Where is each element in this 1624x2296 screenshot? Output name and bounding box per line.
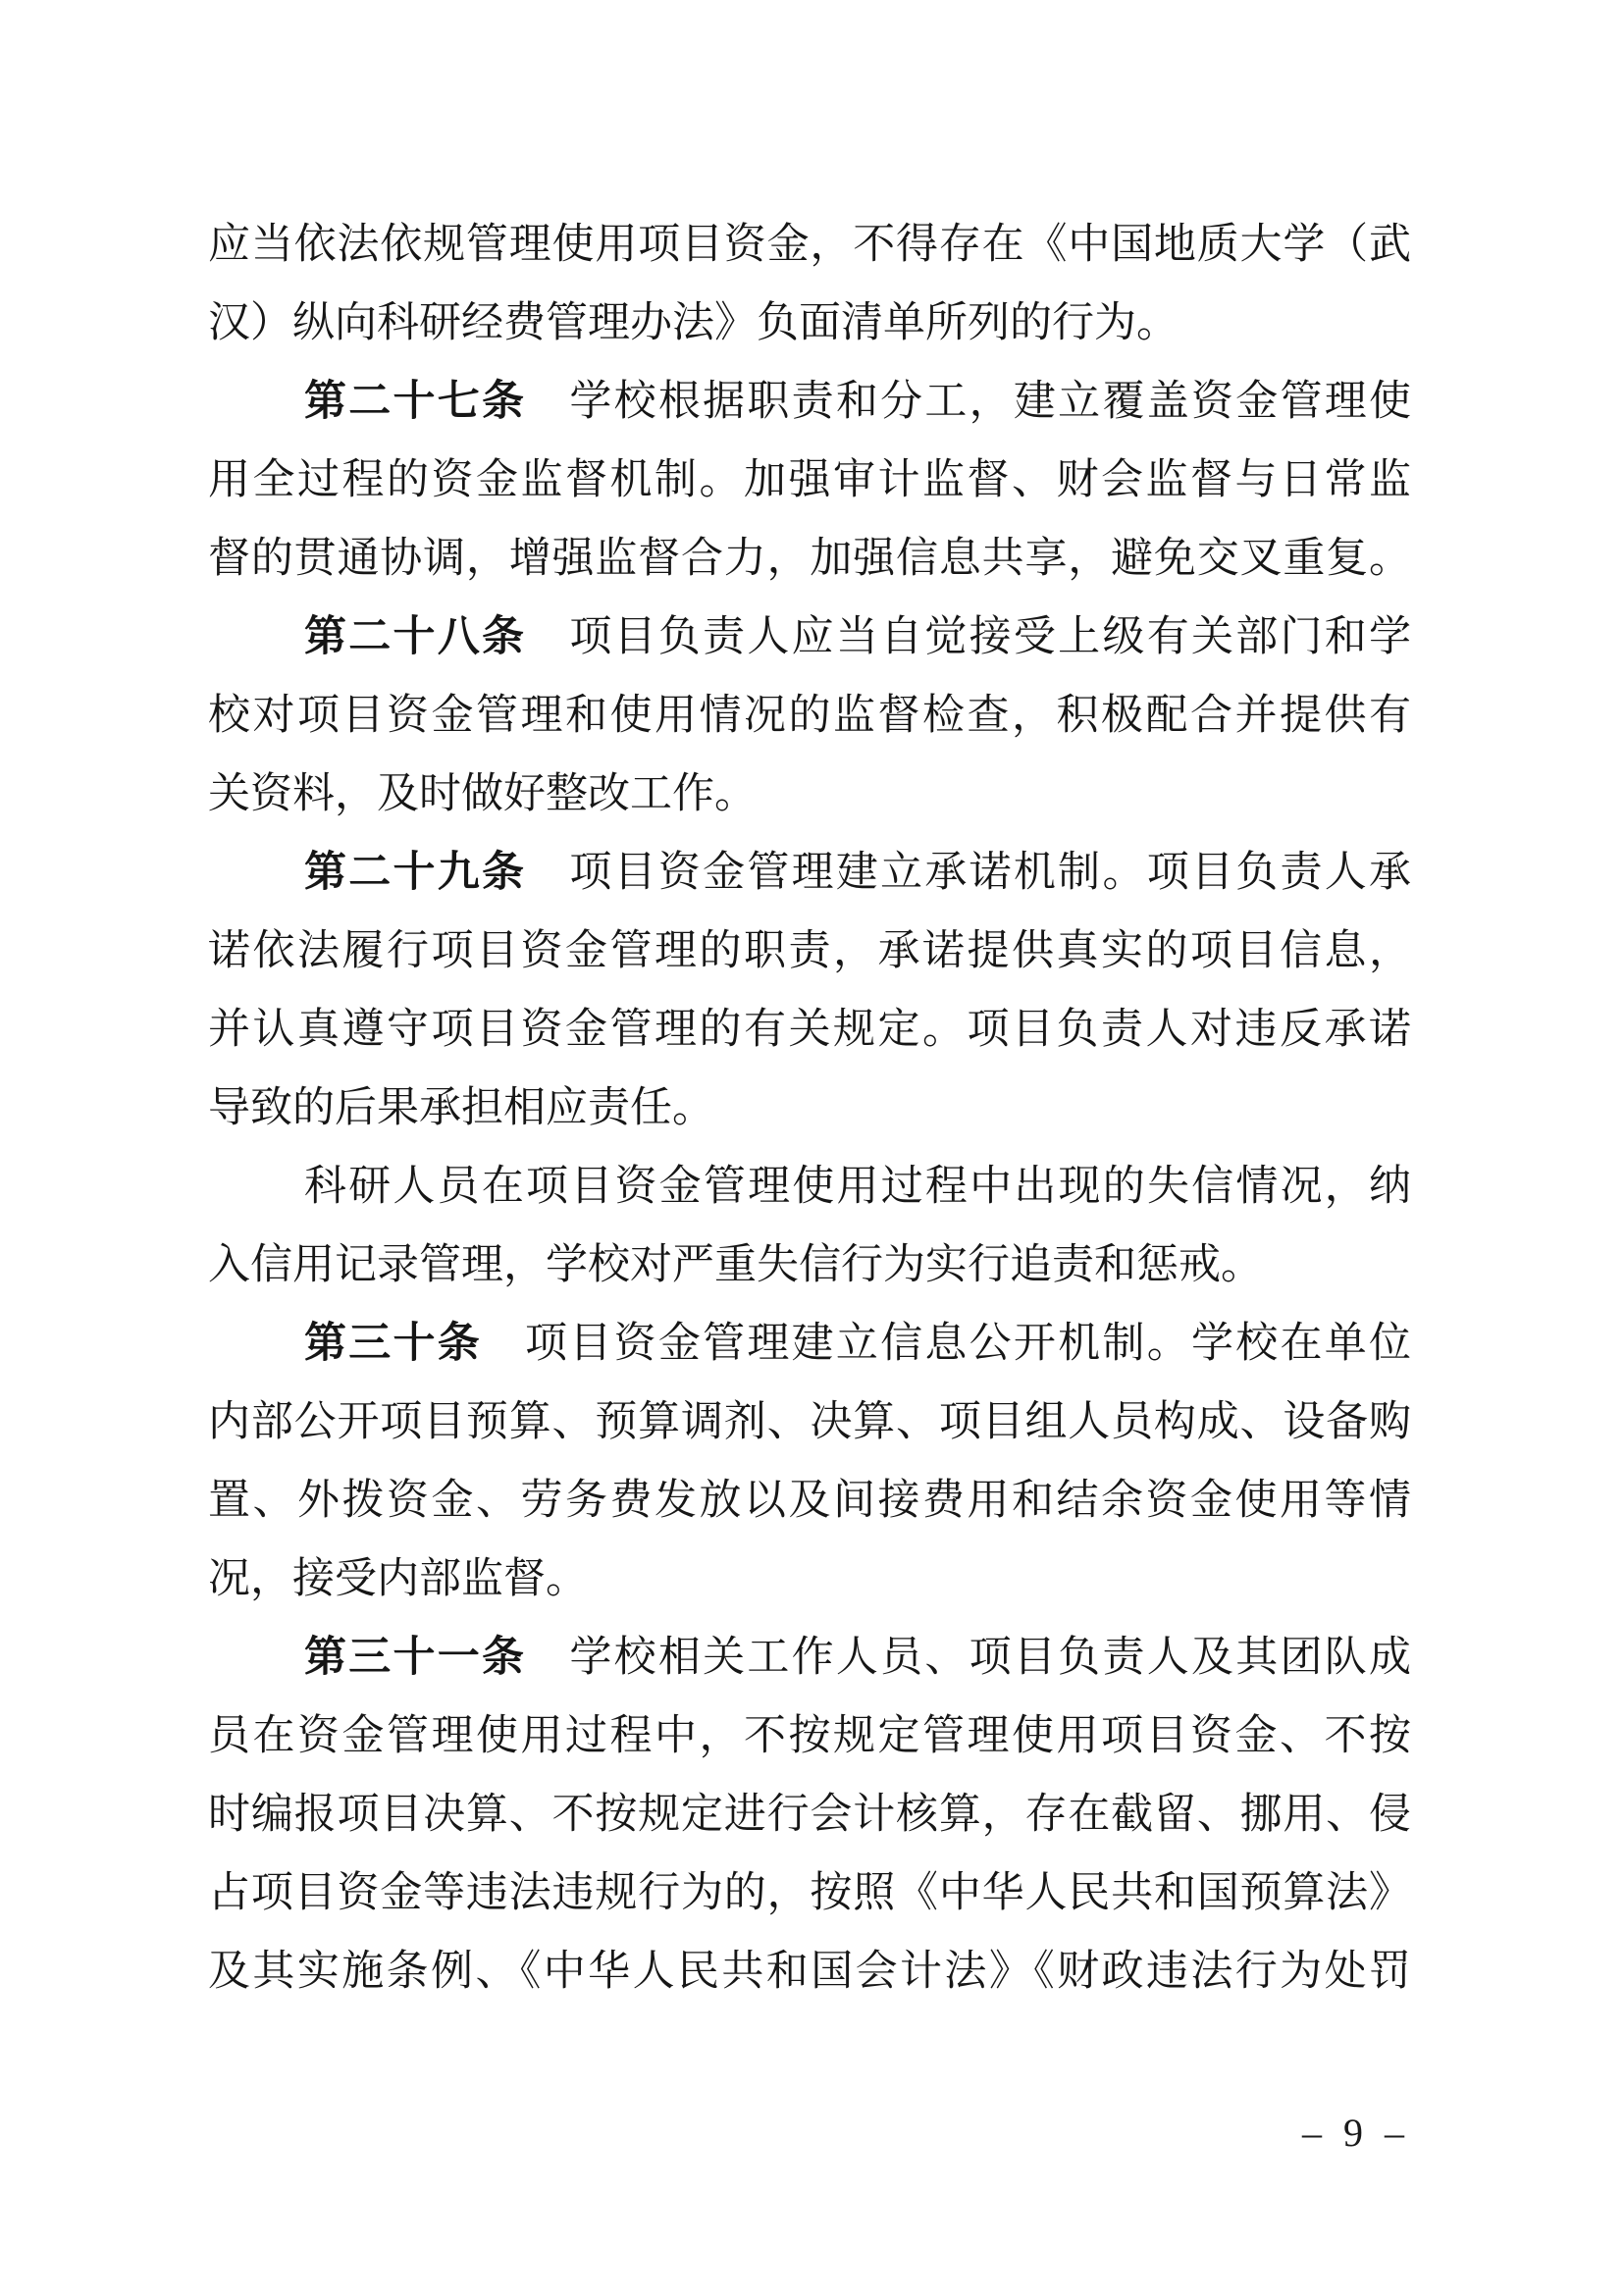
line-text: 汉）纵向科研经费管理办法》负面清单所列的行为。 bbox=[208, 300, 1179, 346]
article-number: 第二十八条 bbox=[304, 614, 526, 660]
line-text: 导致的后果承担相应责任。 bbox=[208, 1085, 714, 1131]
line-text: 并认真遵守项目资金管理的有关规定。项目负责人对违反承诺 bbox=[208, 1007, 1411, 1053]
text-line: 况，接受内部监督。 bbox=[208, 1540, 1411, 1619]
article-number: 第二十九条 bbox=[304, 850, 526, 896]
line-text: 诺依法履行项目资金管理的职责，承诺提供真实的项目信息， bbox=[208, 928, 1411, 974]
text-line: 校对项目资金管理和使用情况的监督检查，积极配合并提供有 bbox=[208, 677, 1411, 756]
text-line: 应当依法依规管理使用项目资金，不得存在《中国地质大学（武 bbox=[208, 206, 1411, 285]
line-text: 学校根据职责和分工，建立覆盖资金管理使 bbox=[569, 379, 1411, 425]
line-text: 用全过程的资金监督机制。加强审计监督、财会监督与日常监 bbox=[208, 457, 1411, 503]
article-number: 第二十七条 bbox=[304, 379, 526, 425]
text-line: 关资料，及时做好整改工作。 bbox=[208, 756, 1411, 834]
text-line: 科研人员在项目资金管理使用过程中出现的失信情况，纳 bbox=[208, 1148, 1411, 1226]
line-text: 况，接受内部监督。 bbox=[208, 1556, 588, 1602]
line-text: 督的贯通协调，增强监督合力，加强信息共享，避免交叉重复。 bbox=[208, 536, 1411, 582]
line-text: 时编报项目决算、不按规定进行会计核算，存在截留、挪用、侵 bbox=[208, 1792, 1411, 1838]
text-line: 置、外拨资金、劳务费发放以及间接费用和结余资金使用等情 bbox=[208, 1462, 1411, 1540]
line-text: 内部公开项目预算、预算调剂、决算、项目组人员构成、设备购 bbox=[208, 1399, 1411, 1445]
line-text: 占项目资金等违法违规行为的，按照《中华人民共和国预算法》 bbox=[208, 1870, 1411, 1916]
text-line: 督的贯通协调，增强监督合力，加强信息共享，避免交叉重复。 bbox=[208, 520, 1411, 599]
text-line: 时编报项目决算、不按规定进行会计核算，存在截留、挪用、侵 bbox=[208, 1776, 1411, 1854]
text-line: 并认真遵守项目资金管理的有关规定。项目负责人对违反承诺 bbox=[208, 991, 1411, 1070]
line-text: 学校相关工作人员、项目负责人及其团队成 bbox=[569, 1635, 1411, 1681]
text-line: 第三十条项目资金管理建立信息公开机制。学校在单位 bbox=[208, 1305, 1411, 1383]
text-line: 第二十七条学校根据职责和分工，建立覆盖资金管理使 bbox=[208, 363, 1411, 442]
line-text: 项目负责人应当自觉接受上级有关部门和学 bbox=[569, 614, 1411, 660]
text-line: 导致的后果承担相应责任。 bbox=[208, 1070, 1411, 1148]
page-number: – 9 – bbox=[1302, 2112, 1410, 2155]
text-line: 占项目资金等违法违规行为的，按照《中华人民共和国预算法》 bbox=[208, 1854, 1411, 1933]
text-line: 入信用记录管理，学校对严重失信行为实行追责和惩戒。 bbox=[208, 1226, 1411, 1305]
line-text: 项目资金管理建立信息公开机制。学校在单位 bbox=[525, 1321, 1411, 1367]
article-number: 第三十条 bbox=[304, 1321, 482, 1367]
line-text: 员在资金管理使用过程中，不按规定管理使用项目资金、不按 bbox=[208, 1713, 1411, 1759]
line-text: 项目资金管理建立承诺机制。项目负责人承 bbox=[569, 850, 1411, 896]
line-text: 应当依法依规管理使用项目资金，不得存在《中国地质大学（武 bbox=[208, 222, 1411, 268]
text-line: 及其实施条例、《中华人民共和国会计法》《财政违法行为处罚 bbox=[208, 1933, 1411, 2011]
text-line: 用全过程的资金监督机制。加强审计监督、财会监督与日常监 bbox=[208, 442, 1411, 520]
text-block: 应当依法依规管理使用项目资金，不得存在《中国地质大学（武汉）纵向科研经费管理办法… bbox=[208, 206, 1411, 2011]
line-text: 关资料，及时做好整改工作。 bbox=[208, 771, 757, 817]
text-line: 员在资金管理使用过程中，不按规定管理使用项目资金、不按 bbox=[208, 1697, 1411, 1776]
text-line: 汉）纵向科研经费管理办法》负面清单所列的行为。 bbox=[208, 285, 1411, 363]
article-number: 第三十一条 bbox=[304, 1635, 526, 1681]
line-text: 科研人员在项目资金管理使用过程中出现的失信情况，纳 bbox=[304, 1164, 1411, 1210]
line-text: 校对项目资金管理和使用情况的监督检查，积极配合并提供有 bbox=[208, 693, 1411, 739]
text-line: 诺依法履行项目资金管理的职责，承诺提供真实的项目信息， bbox=[208, 913, 1411, 991]
line-text: 入信用记录管理，学校对严重失信行为实行追责和惩戒。 bbox=[208, 1242, 1263, 1288]
line-text: 及其实施条例、《中华人民共和国会计法》《财政违法行为处罚 bbox=[208, 1949, 1411, 1995]
text-line: 内部公开项目预算、预算调剂、决算、项目组人员构成、设备购 bbox=[208, 1383, 1411, 1462]
text-line: 第三十一条学校相关工作人员、项目负责人及其团队成 bbox=[208, 1619, 1411, 1697]
text-line: 第二十八条项目负责人应当自觉接受上级有关部门和学 bbox=[208, 599, 1411, 677]
document-page: 应当依法依规管理使用项目资金，不得存在《中国地质大学（武汉）纵向科研经费管理办法… bbox=[0, 0, 1624, 2296]
text-line: 第二十九条项目资金管理建立承诺机制。项目负责人承 bbox=[208, 834, 1411, 913]
line-text: 置、外拨资金、劳务费发放以及间接费用和结余资金使用等情 bbox=[208, 1478, 1411, 1524]
